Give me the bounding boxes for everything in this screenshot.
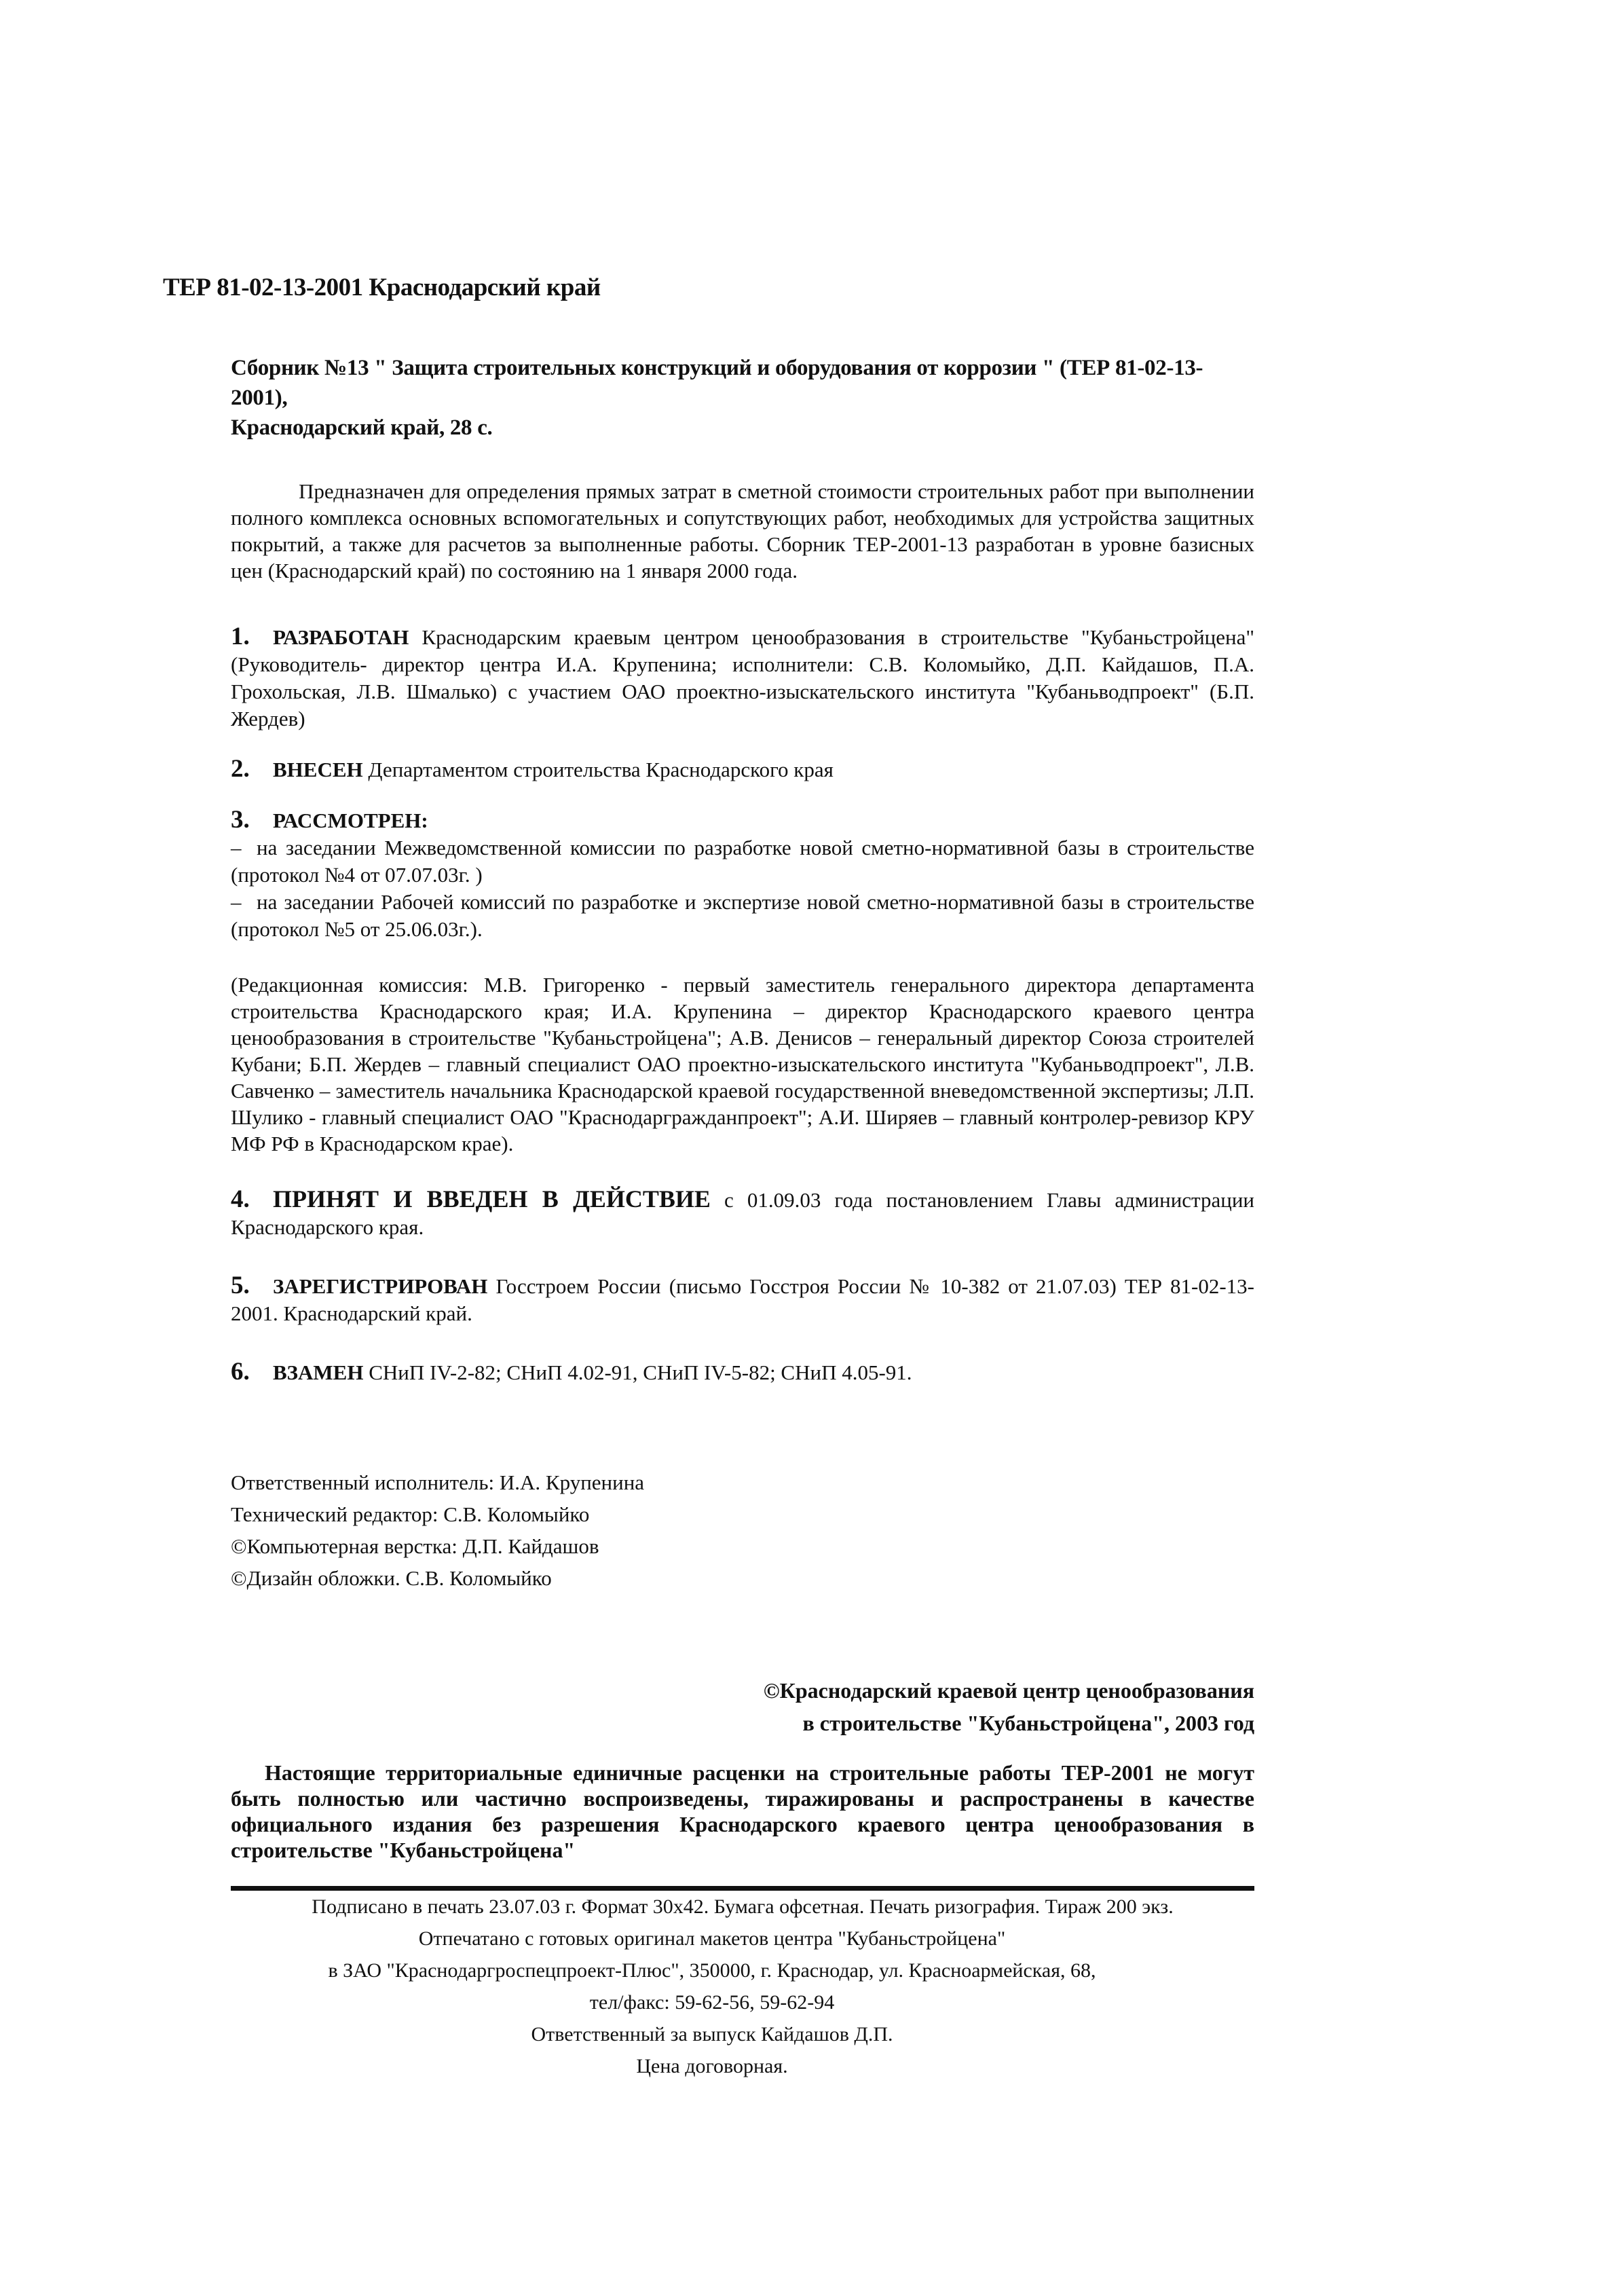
credit-line: ©Дизайн обложки. С.В. Коломыйко: [231, 1562, 1254, 1594]
dash-marker: –: [231, 889, 257, 916]
item-text: Департаментом строительства Краснодарско…: [368, 758, 833, 781]
dash-marker: –: [231, 834, 257, 862]
imprint-line: тел/факс: 59-62-56, 59-62-94: [231, 1986, 1254, 2018]
imprint-block: Подписано в печать 23.07.03 г. Формат 30…: [231, 1891, 1254, 2082]
imprint-line: Цена договорная.: [231, 2050, 1254, 2082]
credit-line: ©Компьютерная верстка: Д.П. Кайдашов: [231, 1530, 1254, 1562]
credit-line: Технический редактор: С.В. Коломыйко: [231, 1498, 1254, 1530]
item-developed: 1.РАЗРАБОТАН Краснодарским краевым центр…: [231, 623, 1254, 733]
item-registered: 5.ЗАРЕГИСТРИРОВАН Госстроем России (пись…: [231, 1272, 1254, 1327]
credits-block: Ответственный исполнитель: И.А. Крупенин…: [231, 1466, 1254, 1594]
item-reviewed: 3.РАССМОТРЕН:: [231, 807, 1254, 834]
page-header: ТЕР 81-02-13-2001 Краснодарский край: [163, 273, 601, 302]
copyright-block: ©Краснодарский краевой центр ценообразов…: [231, 1674, 1254, 1739]
item-replaces: 6.ВЗАМЕН СНиП IV-2-82; СНиП 4.02-91, СНи…: [231, 1358, 1254, 1386]
item-introduced: 2.ВНЕСЕН Департаментом строительства Кра…: [231, 756, 1254, 783]
item-number: 5.: [231, 1272, 273, 1299]
item-text: СНиП IV-2-82; СНиП 4.02-91, СНиП IV-5-82…: [369, 1360, 912, 1384]
reproduction-notice: Настоящие территориальные единичные расц…: [231, 1760, 1254, 1863]
item-number: 1.: [231, 623, 273, 650]
imprint-line: в ЗАО "Краснодаргроспецпроект-Плюс", 350…: [231, 1955, 1254, 1986]
item-number: 6.: [231, 1358, 273, 1386]
editorial-commission: (Редакционная комиссия: М.В. Григоренко …: [231, 971, 1254, 1157]
imprint-line: Подписано в печать 23.07.03 г. Формат 30…: [231, 1891, 1254, 1923]
reviewed-sub-item-text: на заседании Рабочей комиссий по разрабо…: [231, 890, 1254, 941]
horizontal-rule: [231, 1886, 1254, 1891]
collection-title-line-2: Краснодарский край, 28 с.: [231, 415, 493, 440]
reviewed-sub-item: –на заседании Межведомственной комиссии …: [231, 834, 1254, 889]
item-lead: ЗАРЕГИСТРИРОВАН: [273, 1274, 487, 1298]
copyright-line: в строительстве "Кубаньстройцена", 2003 …: [231, 1707, 1254, 1739]
item-number: 2.: [231, 756, 273, 783]
item-lead: РАЗРАБОТАН: [273, 625, 409, 649]
item-lead: ВЗАМЕН: [273, 1360, 363, 1384]
collection-title-line-1: Сборник №13 " Защита строительных констр…: [231, 356, 1203, 410]
copyright-line: ©Краснодарский краевой центр ценообразов…: [231, 1674, 1254, 1707]
collection-title: Сборник №13 " Защита строительных констр…: [231, 353, 1254, 443]
item-lead: ВНЕСЕН: [273, 758, 363, 781]
item-number: 4.: [231, 1186, 273, 1213]
item-adopted: 4.ПРИНЯТ И ВВЕДЕН В ДЕЙСТВИЕ с 01.09.03 …: [231, 1185, 1254, 1241]
item-lead: РАССМОТРЕН:: [273, 809, 428, 832]
imprint-line: Отпечатано с готовых оригинал макетов це…: [231, 1923, 1254, 1955]
credit-line: Ответственный исполнитель: И.А. Крупенин…: [231, 1466, 1254, 1498]
item-lead: ПРИНЯТ И ВВЕДЕН В ДЕЙСТВИЕ: [273, 1185, 711, 1212]
reviewed-sub-item-text: на заседании Межведомственной комиссии п…: [231, 836, 1254, 887]
item-number: 3.: [231, 807, 273, 834]
document-body: Сборник №13 " Защита строительных констр…: [231, 353, 1254, 2082]
intro-paragraph: Предназначен для определения прямых затр…: [231, 478, 1254, 584]
imprint-line: Ответственный за выпуск Кайдашов Д.П.: [231, 2018, 1254, 2050]
reviewed-sub-item: –на заседании Рабочей комиссий по разраб…: [231, 889, 1254, 943]
